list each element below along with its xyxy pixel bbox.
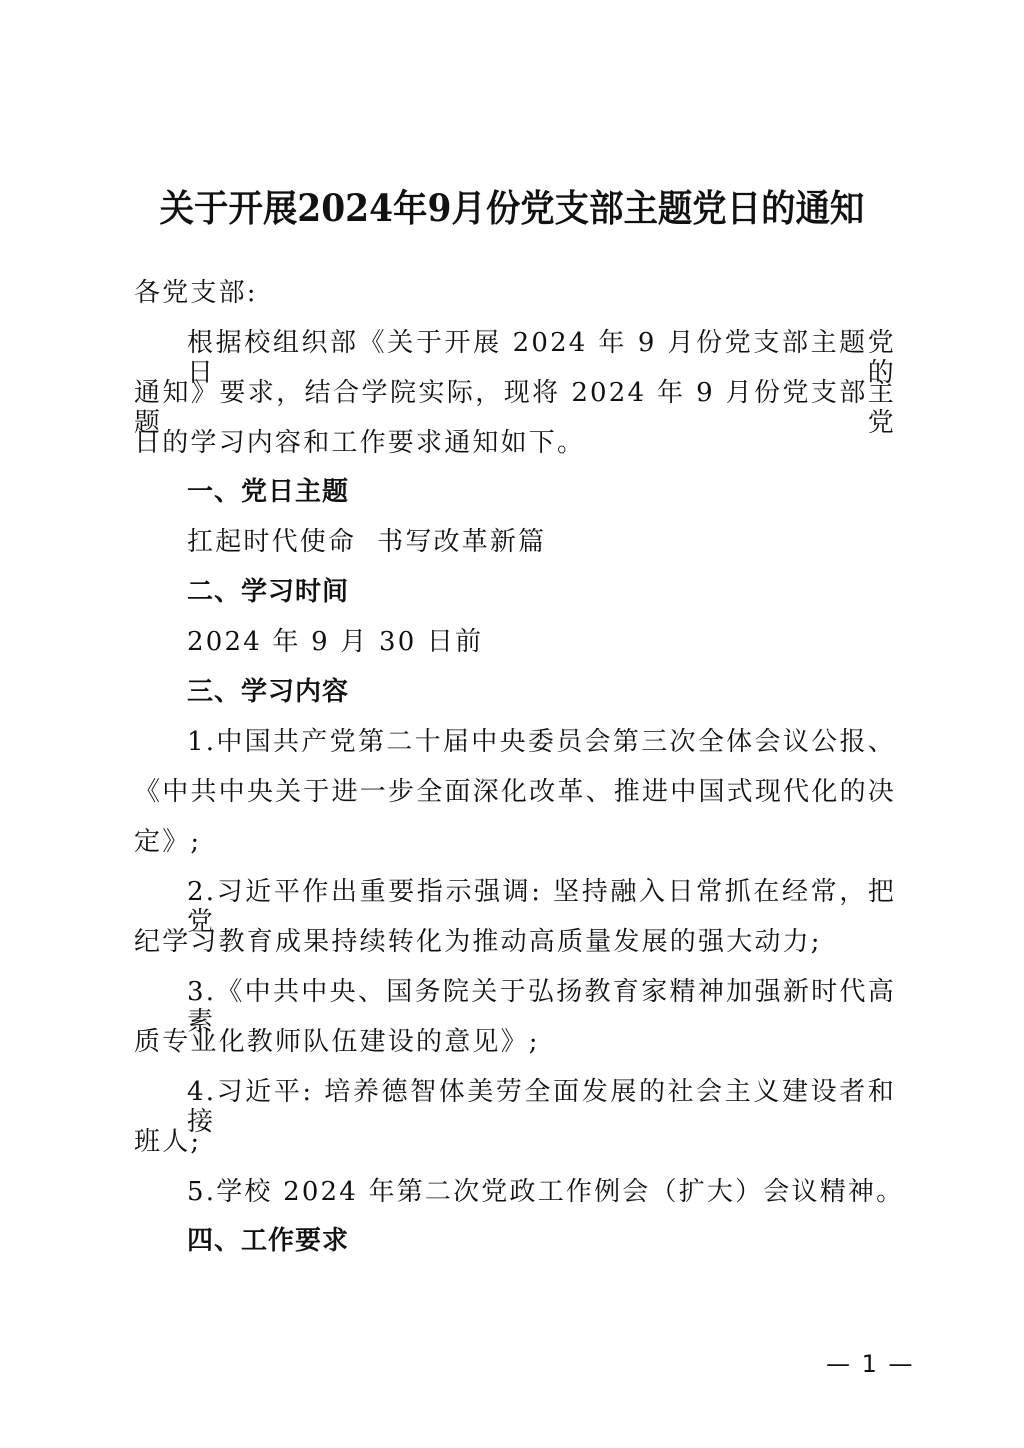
study-item-5-line-1: 5.学校 2024 年第二次党政工作例会（扩大）会议精神。 [187,1177,949,1207]
document-title: 关于开展2024年9月份党支部主题党日的通知 [36,178,988,232]
study-item-1-line-3: 定》; [134,827,896,857]
section-heading-theme: 一、党日主题 [187,477,949,507]
study-item-3-line-2: 质专业化教师队伍建设的意见》; [134,1027,896,1057]
section-heading-requirements: 四、工作要求 [187,1226,949,1256]
document-page: 关于开展2024年9月份党支部主题党日的通知 各党支部: 根据校组织部《关于开展… [0,0,1024,1448]
study-time-text: 2024 年 9 月 30 日前 [187,627,949,657]
study-item-4-line-2: 班人; [134,1127,896,1157]
salutation: 各党支部: [134,278,896,308]
intro-line-3: 日的学习内容和工作要求通知如下。 [134,428,896,458]
study-item-2-line-2: 纪学习教育成果持续转化为推动高质量发展的强大动力; [134,927,896,957]
section-heading-time: 二、学习时间 [187,577,949,607]
study-item-1-line-1: 1.中国共产党第二十届中央委员会第三次全体会议公报、 [187,727,896,757]
theme-text: 扛起时代使命 书写改革新篇 [187,527,949,557]
study-item-1-line-2: 《中共中央关于进一步全面深化改革、推进中国式现代化的决 [134,777,896,807]
section-heading-content: 三、学习内容 [187,677,949,707]
page-number: — 1 — [826,1350,915,1378]
